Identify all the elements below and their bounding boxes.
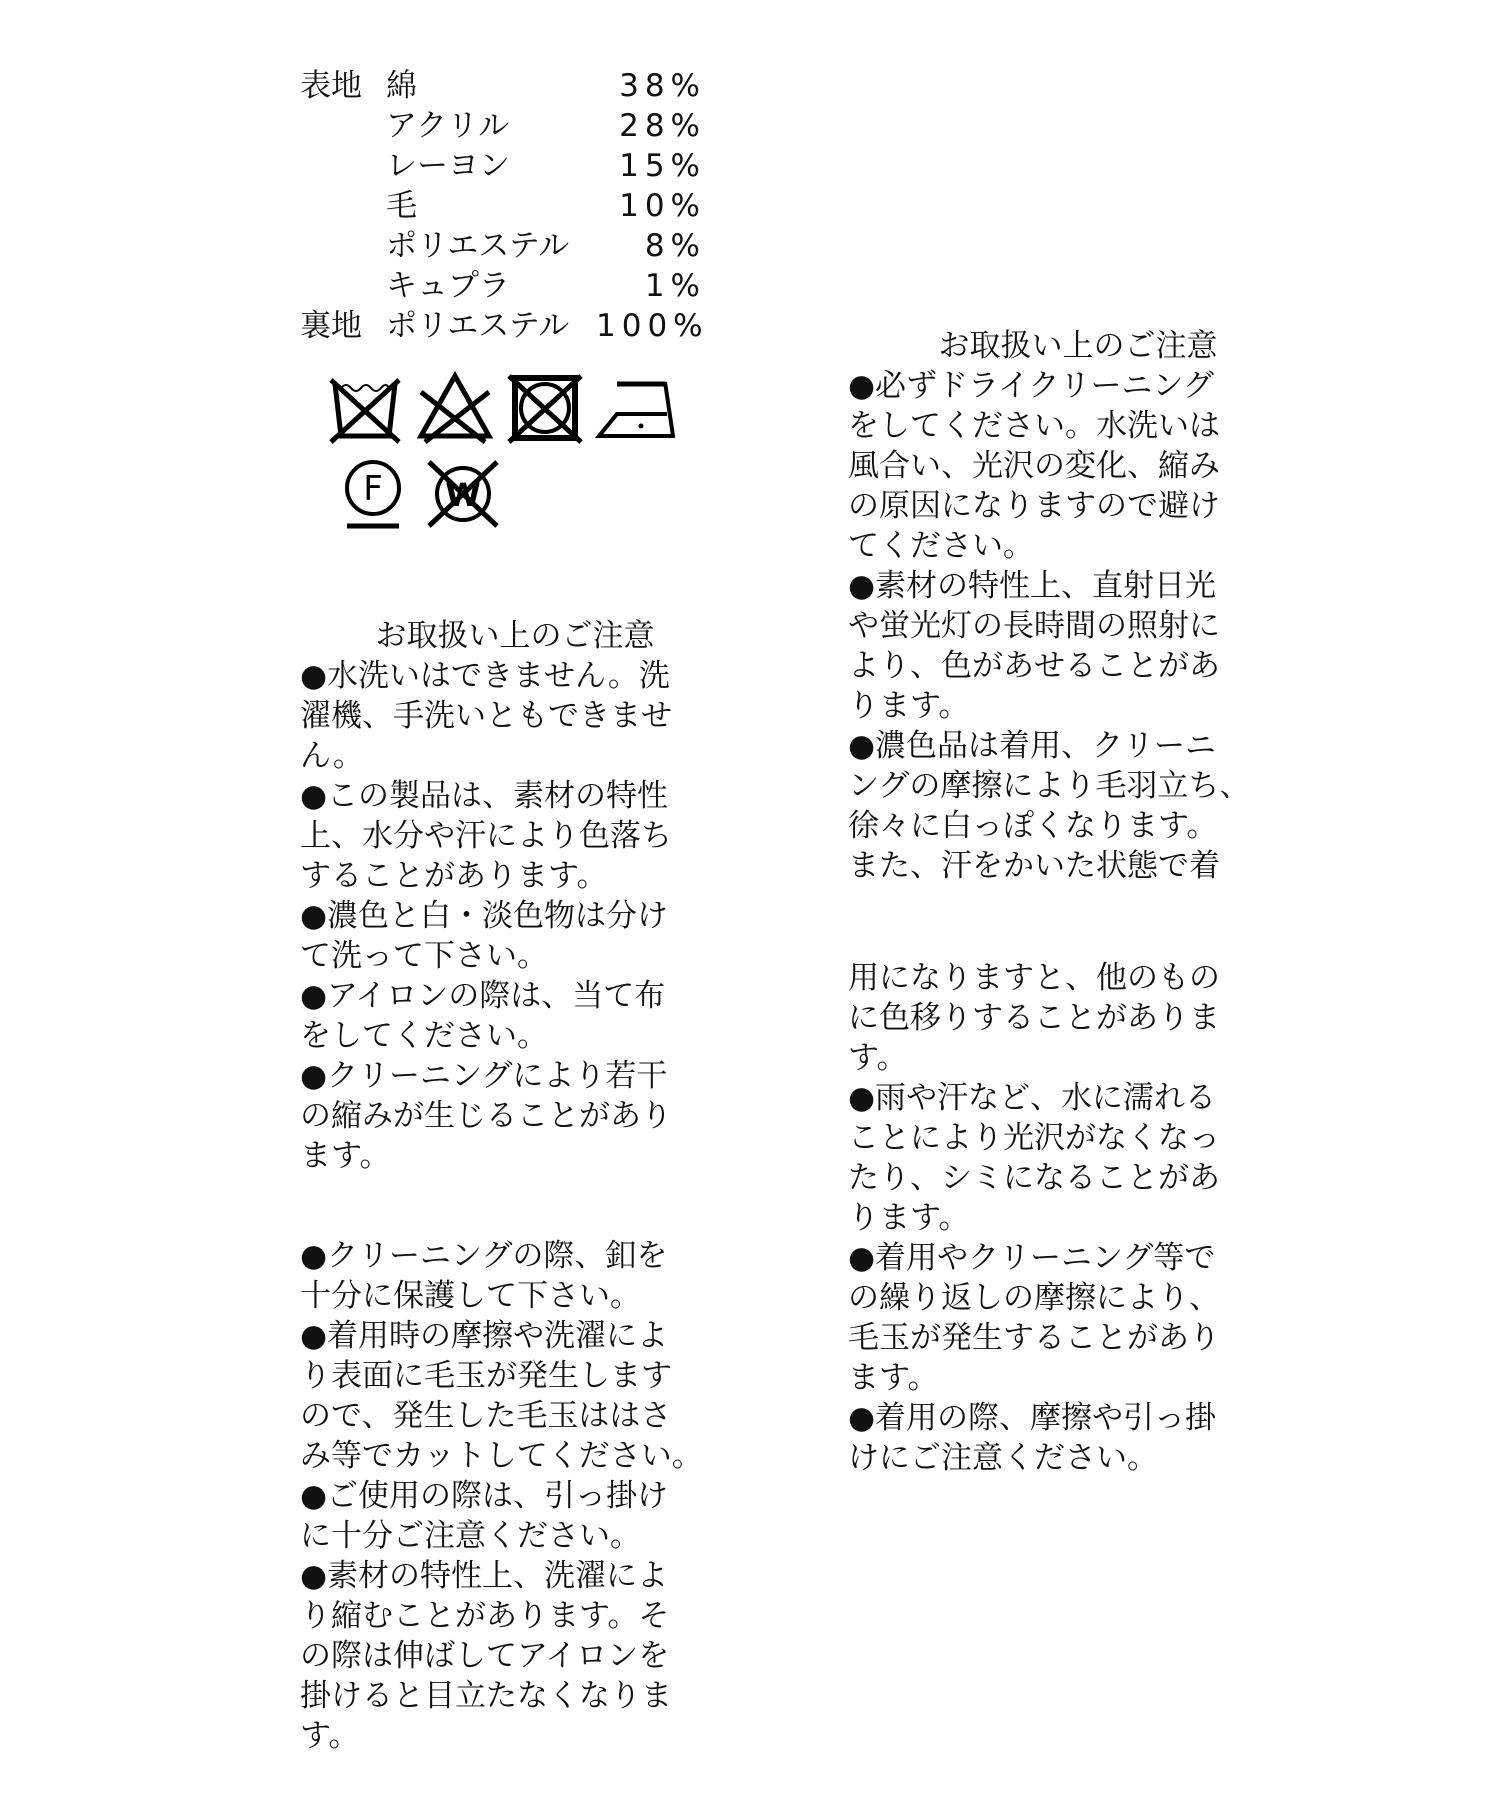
note-line: ●必ずドライクリーニング (848, 366, 1308, 406)
note-line: 徐々に白っぽくなります。 (848, 806, 1308, 846)
material-percent: 100% (596, 306, 706, 346)
note-line: ん。 (300, 736, 730, 776)
note-line: ●着用やクリーニング等で (848, 1238, 1308, 1278)
material-name: 毛 (386, 186, 596, 226)
section-label (300, 106, 386, 146)
material-percent: 10% (596, 186, 706, 226)
do-not-tumble-dry-icon (505, 370, 585, 446)
note-line: また、汗をかいた状態で着 (848, 846, 1308, 886)
section-label: 表地 (300, 66, 386, 106)
note-line: 十分に保護して下さい。 (300, 1276, 745, 1316)
section-label (300, 146, 386, 186)
composition-row: キュプラ 1% (300, 266, 720, 306)
note-line: す。 (300, 1716, 745, 1756)
note-line: ●雨や汗など、水に濡れる (848, 1078, 1308, 1118)
note-line: の原因になりますので避け (848, 486, 1308, 526)
composition-row: 毛 10% (300, 186, 720, 226)
note-line: て洗って下さい。 (300, 936, 730, 976)
note-line: 掛けると目立たなくなりま (300, 1676, 745, 1716)
note-line: り表面に毛玉が発生します (300, 1356, 745, 1396)
material-percent: 8% (596, 226, 706, 266)
notes-title: お取扱い上のご注意 (300, 616, 730, 656)
note-line: ●クリーニングの際、釦を (300, 1236, 745, 1276)
note-line: ●水洗いはできません。洗 (300, 656, 730, 696)
note-line: けにご注意ください。 (848, 1438, 1308, 1478)
composition-row: レーヨン 15% (300, 146, 720, 186)
material-percent: 28% (596, 106, 706, 146)
composition-row: ポリエステル 8% (300, 226, 720, 266)
note-line: に十分ご注意ください。 (300, 1516, 745, 1556)
note-line: の縮みが生じることがあり (300, 1096, 730, 1136)
note-line: の繰り返しの摩擦により、 (848, 1278, 1308, 1318)
note-line: み等でカットしてください。 (300, 1436, 745, 1476)
note-line: をしてください。水洗いは (848, 406, 1308, 446)
note-line: ので、発生した毛玉ははさ (300, 1396, 745, 1436)
composition-table: 表地 綿 38% アクリル 28% レーヨン 15% 毛 10% ポリエステル … (300, 66, 720, 346)
material-percent: 1% (596, 266, 706, 306)
material-name: ポリエステル (386, 306, 596, 346)
note-line: ●クリーニングにより若干 (300, 1056, 730, 1096)
note-line: に色移りすることがありま (848, 998, 1308, 1038)
note-line: す。 (848, 1038, 1308, 1078)
section-label (300, 266, 386, 306)
note-line: たり、シミになることがあ (848, 1158, 1308, 1198)
care-notes-right-2: 用になりますと、他のもの に色移りすることがありま す。 ●雨や汗など、水に濡れ… (848, 958, 1308, 1478)
note-line: ことにより光沢がなくなっ (848, 1118, 1308, 1158)
material-name: アクリル (386, 106, 596, 146)
material-name: ポリエステル (386, 226, 596, 266)
svg-text:F: F (363, 469, 383, 509)
note-line: ングの摩擦により毛羽立ち、 (848, 766, 1308, 806)
note-line: や蛍光灯の長時間の照射に (848, 606, 1308, 646)
note-line: をしてください。 (300, 1016, 730, 1056)
section-label: 裏地 (300, 306, 386, 346)
section-label (300, 226, 386, 266)
note-line: より、色があせることがあ (848, 646, 1308, 686)
note-line: 用になりますと、他のもの (848, 958, 1308, 998)
note-line: ●素材の特性上、洗濯によ (300, 1556, 745, 1596)
composition-row: 表地 綿 38% (300, 66, 720, 106)
care-symbols: F W (325, 365, 705, 537)
material-percent: 38% (596, 66, 706, 106)
section-label (300, 186, 386, 226)
note-line: 濯機、手洗いともできませ (300, 696, 730, 736)
material-name: レーヨン (386, 146, 596, 186)
care-notes-left-1: お取扱い上のご注意 ●水洗いはできません。洗 濯機、手洗いともできませ ん。 ●… (300, 616, 730, 1176)
note-line: ます。 (848, 1358, 1308, 1398)
material-name: キュプラ (386, 266, 596, 306)
iron-low-temperature-icon (595, 370, 675, 446)
material-name: 綿 (386, 66, 596, 106)
note-line: ります。 (848, 1198, 1308, 1238)
note-line: ます。 (300, 1136, 730, 1176)
note-line: ●ご使用の際は、引っ掛け (300, 1476, 745, 1516)
care-notes-left-2: ●クリーニングの際、釦を 十分に保護して下さい。 ●着用時の摩擦や洗濯によ り表… (300, 1236, 745, 1756)
note-line: ●素材の特性上、直射日光 (848, 566, 1308, 606)
do-not-wet-clean-icon: W (423, 456, 503, 532)
note-line: ●着用の際、摩擦や引っ掛 (848, 1398, 1308, 1438)
note-line: ●着用時の摩擦や洗濯によ (300, 1316, 745, 1356)
note-line: ●この製品は、素材の特性 (300, 776, 730, 816)
composition-row: 裏地 ポリエステル 100% (300, 306, 720, 346)
notes-title: お取扱い上のご注意 (848, 326, 1308, 366)
note-line: 風合い、光沢の変化、縮み (848, 446, 1308, 486)
note-line: てください。 (848, 526, 1308, 566)
do-not-wash-icon (325, 370, 405, 446)
note-line: 上、水分や汗により色落ち (300, 816, 730, 856)
dry-clean-petroleum-gentle-icon: F (333, 456, 413, 532)
do-not-bleach-icon (415, 370, 495, 446)
composition-row: アクリル 28% (300, 106, 720, 146)
note-line: ●濃色と白・淡色物は分け (300, 896, 730, 936)
note-line: 毛玉が発生することがあり (848, 1318, 1308, 1358)
material-percent: 15% (596, 146, 706, 186)
note-line: ●アイロンの際は、当て布 (300, 976, 730, 1016)
note-line: ります。 (848, 686, 1308, 726)
note-line: することがあります。 (300, 856, 730, 896)
care-notes-right-1: お取扱い上のご注意 ●必ずドライクリーニング をしてください。水洗いは 風合い、… (848, 326, 1308, 886)
note-line: の際は伸ばしてアイロンを (300, 1636, 745, 1676)
note-line: ●濃色品は着用、クリーニ (848, 726, 1308, 766)
note-line: り縮むことがあります。そ (300, 1596, 745, 1636)
